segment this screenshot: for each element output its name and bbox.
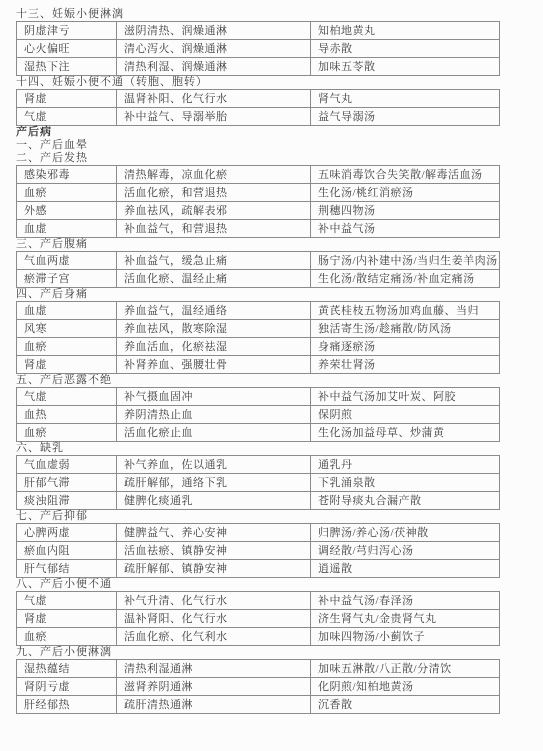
formula-cell: 调经散/芎归泻心汤 bbox=[311, 542, 500, 560]
syndrome-cell: 肝经郁热 bbox=[17, 696, 117, 714]
table-row: 感染邪毒清热解毒，凉血化瘀五味消毒饮合失笑散/解毒活血汤 bbox=[17, 166, 500, 184]
syndrome-cell: 气虚 bbox=[17, 592, 117, 610]
section-heading: 十四、妊娠小便不通（转胞、胞转） bbox=[16, 76, 477, 89]
table-row: 阴虚津亏滋阴清热、润燥通淋知柏地黄丸 bbox=[17, 22, 500, 40]
syndrome-table: 气虚补气升清、化气行水补中益气汤/春泽汤肾虚温补肾阳、化气行水济生肾气丸/金贵肾… bbox=[16, 591, 500, 646]
table-row: 血虚补血益气，和营退热补中益气汤 bbox=[17, 220, 500, 238]
treatment-cell: 补气养血，佐以通乳 bbox=[117, 456, 311, 474]
treatment-cell: 活血化瘀止血 bbox=[117, 424, 311, 442]
formula-cell: 肾气丸 bbox=[311, 90, 500, 108]
treatment-cell: 活血祛瘀、镇静安神 bbox=[117, 542, 311, 560]
table-row: 肾虚补肾养血、强腰壮骨养荣壮肾汤 bbox=[17, 356, 500, 374]
formula-cell: 身痛逐瘀汤 bbox=[311, 338, 500, 356]
syndrome-cell: 感染邪毒 bbox=[17, 166, 117, 184]
section-heading: 五、产后恶露不绝 bbox=[16, 374, 477, 387]
treatment-cell: 养血祛风，疏解表邪 bbox=[117, 202, 311, 220]
syndrome-cell: 外感 bbox=[17, 202, 117, 220]
treatment-cell: 疏肝解郁、镇静安神 bbox=[117, 560, 311, 578]
syndrome-cell: 肝郁气滞 bbox=[17, 474, 117, 492]
table-row: 血瘀活血化瘀，和营退热生化汤/桃红消瘀汤 bbox=[17, 184, 500, 202]
tcm-syndrome-document: 十三、妊娠小便淋漓阴虚津亏滋阴清热、润燥通淋知柏地黄丸心火偏旺清心泻火、润燥通淋… bbox=[16, 8, 477, 714]
table-row: 气虚补中益气、导溺举胎益气导溺汤 bbox=[17, 108, 500, 126]
syndrome-cell: 血瘀 bbox=[17, 424, 117, 442]
table-row: 肾阴亏虚滋肾养阴通淋化阴煎/知柏地黄汤 bbox=[17, 678, 500, 696]
formula-cell: 养荣壮肾汤 bbox=[311, 356, 500, 374]
formula-cell: 补中益气汤/春泽汤 bbox=[311, 592, 500, 610]
table-row: 湿热蕴结清热利湿通淋加味五淋散/八正散/分清饮 bbox=[17, 660, 500, 678]
section-heading: 六、缺乳 bbox=[16, 442, 477, 455]
syndrome-table: 心脾两虚健脾益气、养心安神归脾汤/养心汤/茯神散瘀血内阻活血祛瘀、镇静安神调经散… bbox=[16, 523, 500, 578]
table-row: 血瘀养血活血，化瘀祛湿身痛逐瘀汤 bbox=[17, 338, 500, 356]
syndrome-cell: 血虚 bbox=[17, 302, 117, 320]
formula-cell: 苍附导痰丸合漏产散 bbox=[311, 492, 500, 510]
section-heading: 十三、妊娠小便淋漓 bbox=[16, 8, 477, 21]
syndrome-cell: 心火偏旺 bbox=[17, 40, 117, 58]
syndrome-cell: 湿热下注 bbox=[17, 58, 117, 76]
treatment-cell: 补气摄血固冲 bbox=[117, 388, 311, 406]
syndrome-cell: 瘀滞子宫 bbox=[17, 270, 117, 288]
formula-cell: 沉香散 bbox=[311, 696, 500, 714]
treatment-cell: 补肾养血、强腰壮骨 bbox=[117, 356, 311, 374]
formula-cell: 加味五苓散 bbox=[311, 58, 500, 76]
table-row: 血瘀活血化瘀止血生化汤加益母草、炒蒲黄 bbox=[17, 424, 500, 442]
formula-cell: 黄芪桂枝五物汤加鸡血藤、当归 bbox=[311, 302, 500, 320]
treatment-cell: 健脾化痰通乳 bbox=[117, 492, 311, 510]
section-heading: 一、产后血晕 bbox=[16, 139, 477, 152]
table-row: 血虚养血益气，温经通络黄芪桂枝五物汤加鸡血藤、当归 bbox=[17, 302, 500, 320]
treatment-cell: 清热解毒，凉血化瘀 bbox=[117, 166, 311, 184]
section-heading: 四、产后身痛 bbox=[16, 288, 477, 301]
section-heading: 七、产后抑郁 bbox=[16, 510, 477, 523]
syndrome-cell: 气血虚弱 bbox=[17, 456, 117, 474]
formula-cell: 肠宁汤/内补建中汤/当归生姜羊肉汤 bbox=[311, 252, 500, 270]
syndrome-cell: 痰浊阻滞 bbox=[17, 492, 117, 510]
treatment-cell: 滋肾养阴通淋 bbox=[117, 678, 311, 696]
table-row: 肝经郁热疏肝清热通淋沉香散 bbox=[17, 696, 500, 714]
table-row: 湿热下注清热利湿、润燥通淋加味五苓散 bbox=[17, 58, 500, 76]
formula-cell: 独活寄生汤/趁痛散/防风汤 bbox=[311, 320, 500, 338]
section-heading: 二、产后发热 bbox=[16, 152, 477, 165]
treatment-cell: 清热利湿、润燥通淋 bbox=[117, 58, 311, 76]
table-row: 气虚补气摄血固冲补中益气汤加艾叶炭、阿胶 bbox=[17, 388, 500, 406]
section-heading: 三、产后腹痛 bbox=[16, 238, 477, 251]
syndrome-table: 肾虚温肾补阳、化气行水肾气丸气虚补中益气、导溺举胎益气导溺汤 bbox=[16, 89, 500, 126]
formula-cell: 补中益气汤加艾叶炭、阿胶 bbox=[311, 388, 500, 406]
formula-cell: 下乳涌泉散 bbox=[311, 474, 500, 492]
formula-cell: 补中益气汤 bbox=[311, 220, 500, 238]
formula-cell: 保阴煎 bbox=[311, 406, 500, 424]
syndrome-cell: 肾虚 bbox=[17, 356, 117, 374]
syndrome-table: 气虚补气摄血固冲补中益气汤加艾叶炭、阿胶血热养阴清热止血保阴煎血瘀活血化瘀止血生… bbox=[16, 387, 500, 442]
syndrome-cell: 湿热蕴结 bbox=[17, 660, 117, 678]
syndrome-cell: 血热 bbox=[17, 406, 117, 424]
formula-cell: 通乳丹 bbox=[311, 456, 500, 474]
syndrome-cell: 气虚 bbox=[17, 388, 117, 406]
formula-cell: 加味四物汤/小蓟饮子 bbox=[311, 628, 500, 646]
formula-cell: 五味消毒饮合失笑散/解毒活血汤 bbox=[311, 166, 500, 184]
treatment-cell: 清热利湿通淋 bbox=[117, 660, 311, 678]
formula-cell: 归脾汤/养心汤/茯神散 bbox=[311, 524, 500, 542]
table-row: 气血两虚补血益气，缓急止痛肠宁汤/内补建中汤/当归生姜羊肉汤 bbox=[17, 252, 500, 270]
table-row: 瘀血内阻活血祛瘀、镇静安神调经散/芎归泻心汤 bbox=[17, 542, 500, 560]
treatment-cell: 温补肾阳、化气行水 bbox=[117, 610, 311, 628]
syndrome-table: 湿热蕴结清热利湿通淋加味五淋散/八正散/分清饮肾阴亏虚滋肾养阴通淋化阴煎/知柏地… bbox=[16, 659, 500, 714]
treatment-cell: 疏肝解郁，通络下乳 bbox=[117, 474, 311, 492]
document-page: 十三、妊娠小便淋漓阴虚津亏滋阴清热、润燥通淋知柏地黄丸心火偏旺清心泻火、润燥通淋… bbox=[0, 0, 543, 751]
treatment-cell: 温肾补阳、化气行水 bbox=[117, 90, 311, 108]
treatment-cell: 疏肝清热通淋 bbox=[117, 696, 311, 714]
formula-cell: 加味五淋散/八正散/分清饮 bbox=[311, 660, 500, 678]
syndrome-cell: 瘀血内阻 bbox=[17, 542, 117, 560]
syndrome-cell: 血虚 bbox=[17, 220, 117, 238]
table-row: 肝气郁结疏肝解郁、镇静安神逍遥散 bbox=[17, 560, 500, 578]
table-row: 肝郁气滞疏肝解郁，通络下乳下乳涌泉散 bbox=[17, 474, 500, 492]
formula-cell: 化阴煎/知柏地黄汤 bbox=[311, 678, 500, 696]
table-row: 气虚补气升清、化气行水补中益气汤/春泽汤 bbox=[17, 592, 500, 610]
formula-cell: 荆穗四物汤 bbox=[311, 202, 500, 220]
treatment-cell: 活血化瘀，和营退热 bbox=[117, 184, 311, 202]
treatment-cell: 补血益气，和营退热 bbox=[117, 220, 311, 238]
treatment-cell: 养血益气，温经通络 bbox=[117, 302, 311, 320]
formula-cell: 生化汤/桃红消瘀汤 bbox=[311, 184, 500, 202]
treatment-cell: 滋阴清热、润燥通淋 bbox=[117, 22, 311, 40]
syndrome-cell: 肾虚 bbox=[17, 610, 117, 628]
table-row: 心火偏旺清心泻火、润燥通淋导赤散 bbox=[17, 40, 500, 58]
section-heading: 八、产后小便不通 bbox=[16, 578, 477, 591]
treatment-cell: 养血活血，化瘀祛湿 bbox=[117, 338, 311, 356]
syndrome-cell: 气血两虚 bbox=[17, 252, 117, 270]
section-heading: 九、产后小便淋漓 bbox=[16, 646, 477, 659]
table-row: 气血虚弱补气养血，佐以通乳通乳丹 bbox=[17, 456, 500, 474]
treatment-cell: 补气升清、化气行水 bbox=[117, 592, 311, 610]
table-row: 外感养血祛风，疏解表邪荆穗四物汤 bbox=[17, 202, 500, 220]
treatment-cell: 清心泻火、润燥通淋 bbox=[117, 40, 311, 58]
syndrome-cell: 血瘀 bbox=[17, 184, 117, 202]
syndrome-cell: 血瘀 bbox=[17, 338, 117, 356]
table-row: 血瘀活血化瘀、化气利水加味四物汤/小蓟饮子 bbox=[17, 628, 500, 646]
formula-cell: 生化汤加益母草、炒蒲黄 bbox=[311, 424, 500, 442]
table-row: 肾虚温肾补阳、化气行水肾气丸 bbox=[17, 90, 500, 108]
syndrome-table: 血虚养血益气，温经通络黄芪桂枝五物汤加鸡血藤、当归风寒养血祛风，散寒除湿独活寄生… bbox=[16, 301, 500, 374]
treatment-cell: 补血益气，缓急止痛 bbox=[117, 252, 311, 270]
syndrome-table: 气血两虚补血益气，缓急止痛肠宁汤/内补建中汤/当归生姜羊肉汤瘀滞子宫活血化瘀、温… bbox=[16, 251, 500, 288]
table-row: 肾虚温补肾阳、化气行水济生肾气丸/金贵肾气丸 bbox=[17, 610, 500, 628]
table-row: 瘀滞子宫活血化瘀、温经止痛生化汤/散结定痛汤/补血定痛汤 bbox=[17, 270, 500, 288]
treatment-cell: 活血化瘀、温经止痛 bbox=[117, 270, 311, 288]
formula-cell: 知柏地黄丸 bbox=[311, 22, 500, 40]
syndrome-cell: 气虚 bbox=[17, 108, 117, 126]
treatment-cell: 补中益气、导溺举胎 bbox=[117, 108, 311, 126]
section-heading: 产后病 bbox=[16, 126, 477, 139]
syndrome-cell: 阴虚津亏 bbox=[17, 22, 117, 40]
syndrome-cell: 血瘀 bbox=[17, 628, 117, 646]
treatment-cell: 养阴清热止血 bbox=[117, 406, 311, 424]
formula-cell: 益气导溺汤 bbox=[311, 108, 500, 126]
table-row: 心脾两虚健脾益气、养心安神归脾汤/养心汤/茯神散 bbox=[17, 524, 500, 542]
syndrome-cell: 肾阴亏虚 bbox=[17, 678, 117, 696]
table-row: 痰浊阻滞健脾化痰通乳苍附导痰丸合漏产散 bbox=[17, 492, 500, 510]
syndrome-cell: 风寒 bbox=[17, 320, 117, 338]
syndrome-cell: 肾虚 bbox=[17, 90, 117, 108]
syndrome-table: 感染邪毒清热解毒，凉血化瘀五味消毒饮合失笑散/解毒活血汤血瘀活血化瘀，和营退热生… bbox=[16, 165, 500, 238]
table-row: 血热养阴清热止血保阴煎 bbox=[17, 406, 500, 424]
syndrome-cell: 心脾两虚 bbox=[17, 524, 117, 542]
formula-cell: 生化汤/散结定痛汤/补血定痛汤 bbox=[311, 270, 500, 288]
formula-cell: 济生肾气丸/金贵肾气丸 bbox=[311, 610, 500, 628]
table-row: 风寒养血祛风，散寒除湿独活寄生汤/趁痛散/防风汤 bbox=[17, 320, 500, 338]
treatment-cell: 养血祛风，散寒除湿 bbox=[117, 320, 311, 338]
syndrome-cell: 肝气郁结 bbox=[17, 560, 117, 578]
syndrome-table: 阴虚津亏滋阴清热、润燥通淋知柏地黄丸心火偏旺清心泻火、润燥通淋导赤散湿热下注清热… bbox=[16, 21, 500, 76]
syndrome-table: 气血虚弱补气养血，佐以通乳通乳丹肝郁气滞疏肝解郁，通络下乳下乳涌泉散痰浊阻滞健脾… bbox=[16, 455, 500, 510]
treatment-cell: 活血化瘀、化气利水 bbox=[117, 628, 311, 646]
treatment-cell: 健脾益气、养心安神 bbox=[117, 524, 311, 542]
formula-cell: 逍遥散 bbox=[311, 560, 500, 578]
formula-cell: 导赤散 bbox=[311, 40, 500, 58]
